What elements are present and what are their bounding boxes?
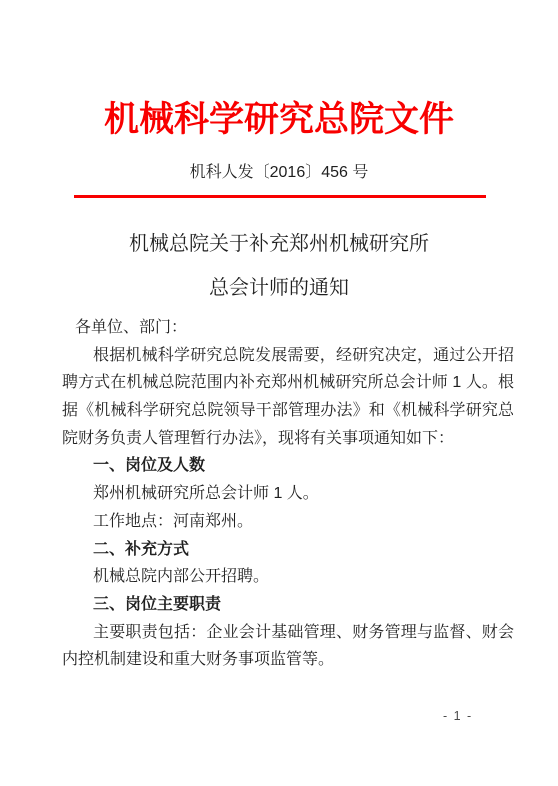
body-line: 内控机制建设和重大财务事项监管等。 xyxy=(62,646,514,674)
salutation-line: 各单位、部门： xyxy=(75,314,514,342)
body-line: 主要职责包括：企业会计基础管理、财务管理与监督、财会 xyxy=(62,619,514,647)
document-title: 机械科学研究总院文件 xyxy=(0,99,558,141)
section-heading-1: 一、岗位及人数 xyxy=(62,452,514,480)
body-line: 郑州机械研究所总会计师 1 人。 xyxy=(62,480,514,508)
notice-subject: 机械总院关于补充郑州机械研究所 总会计师的通知 xyxy=(0,222,558,310)
body-line: 机械总院内部公开招聘。 xyxy=(62,563,514,591)
body-line: 工作地点：河南郑州。 xyxy=(62,508,514,536)
subject-line-2: 总会计师的通知 xyxy=(0,266,558,310)
red-separator-line xyxy=(74,195,486,198)
document-number: 机科人发〔2016〕456 号 xyxy=(0,163,558,184)
section-heading-2: 二、补充方式 xyxy=(62,536,514,564)
subject-line-1: 机械总院关于补充郑州机械研究所 xyxy=(0,222,558,266)
body-line: 聘方式在机械总院范围内补充郑州机械研究所总会计师 1 人。根 xyxy=(62,369,514,397)
document-body: 各单位、部门： 根据机械科学研究总院发展需要，经研究决定，通过公开招 聘方式在机… xyxy=(62,314,514,674)
body-line: 院财务负责人管理暂行办法》，现将有关事项通知如下： xyxy=(62,425,514,453)
section-heading-3: 三、岗位主要职责 xyxy=(62,591,514,619)
body-line: 据《机械科学研究总院领导干部管理办法》和《机械科学研究总 xyxy=(62,397,514,425)
page-number: - 1 - xyxy=(443,709,473,723)
document-page: 机械科学研究总院文件 机科人发〔2016〕456 号 机械总院关于补充郑州机械研… xyxy=(0,0,558,786)
body-line: 根据机械科学研究总院发展需要，经研究决定，通过公开招 xyxy=(62,342,514,370)
